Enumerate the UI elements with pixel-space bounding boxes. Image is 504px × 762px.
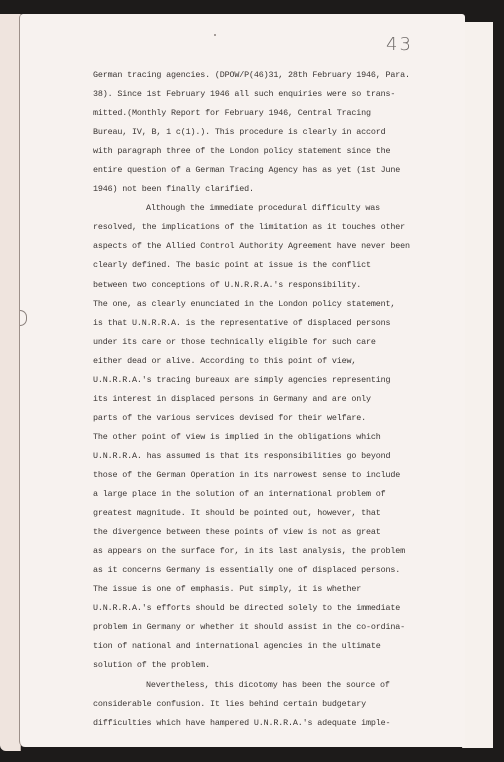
text-line: under its care or those technically elig… <box>93 333 413 352</box>
text-line: aspects of the Allied Control Authority … <box>93 237 413 256</box>
text-line: considerable confusion. It lies behind c… <box>93 695 413 714</box>
text-line: Bureau, IV, B, 1 c(1).). This procedure … <box>93 123 413 142</box>
text-line: The other point of view is implied in th… <box>93 428 413 447</box>
text-line: Although the immediate procedural diffic… <box>93 199 413 218</box>
text-line: Nevertheless, this dicotomy has been the… <box>93 676 413 695</box>
text-line: German tracing agencies. (DPOW/P(46)31, … <box>93 66 413 85</box>
text-line: 38). Since 1st February 1946 all such en… <box>93 85 413 104</box>
text-line: mitted.(Monthly Report for February 1946… <box>93 104 413 123</box>
text-line: U.N.R.R.A.'s tracing bureaux are simply … <box>93 371 413 390</box>
text-line: The one, as clearly enunciated in the Lo… <box>93 295 413 314</box>
text-line: with paragraph three of the London polic… <box>93 142 413 161</box>
page-number: 43 <box>386 34 438 62</box>
text-line: resolved, the implications of the limita… <box>93 218 413 237</box>
text-line: U.N.R.R.A. has assumed is that its respo… <box>93 447 413 466</box>
text-line: difficulties which have hampered U.N.R.R… <box>93 714 413 733</box>
text-line: 1946) not been finally clarified. <box>93 180 413 199</box>
text-line: clearly defined. The basic point at issu… <box>93 256 413 275</box>
text-line: entire question of a German Tracing Agen… <box>93 161 413 180</box>
text-line: problem in Germany or whether it should … <box>93 618 413 637</box>
previous-page-edge <box>0 14 21 751</box>
text-line: its interest in displaced persons in Ger… <box>93 390 413 409</box>
text-line: either dead or alive. According to this … <box>93 352 413 371</box>
text-line: tion of national and international agenc… <box>93 637 413 656</box>
text-line: U.N.R.R.A.'s efforts should be directed … <box>93 599 413 618</box>
text-line: those of the German Operation in its nar… <box>93 466 413 485</box>
text-line: as it concerns Germany is essentially on… <box>93 561 413 580</box>
next-page-edge <box>462 22 493 748</box>
paper-mark <box>214 34 216 36</box>
text-line: The issue is one of emphasis. Put simply… <box>93 580 413 599</box>
text-line: as appears on the surface for, in its la… <box>93 542 413 561</box>
text-line: the divergence between these points of v… <box>93 523 413 542</box>
text-line: a large place in the solution of an inte… <box>93 485 413 504</box>
document-body-text: German tracing agencies. (DPOW/P(46)31, … <box>93 66 413 733</box>
text-line: greatest magnitude. It should be pointed… <box>93 504 413 523</box>
text-line: parts of the various services devised fo… <box>93 409 413 428</box>
text-line: between two conceptions of U.N.R.R.A.'s … <box>93 276 413 295</box>
text-line: is that U.N.R.R.A. is the representative… <box>93 314 413 333</box>
text-line: solution of the problem. <box>93 656 413 675</box>
